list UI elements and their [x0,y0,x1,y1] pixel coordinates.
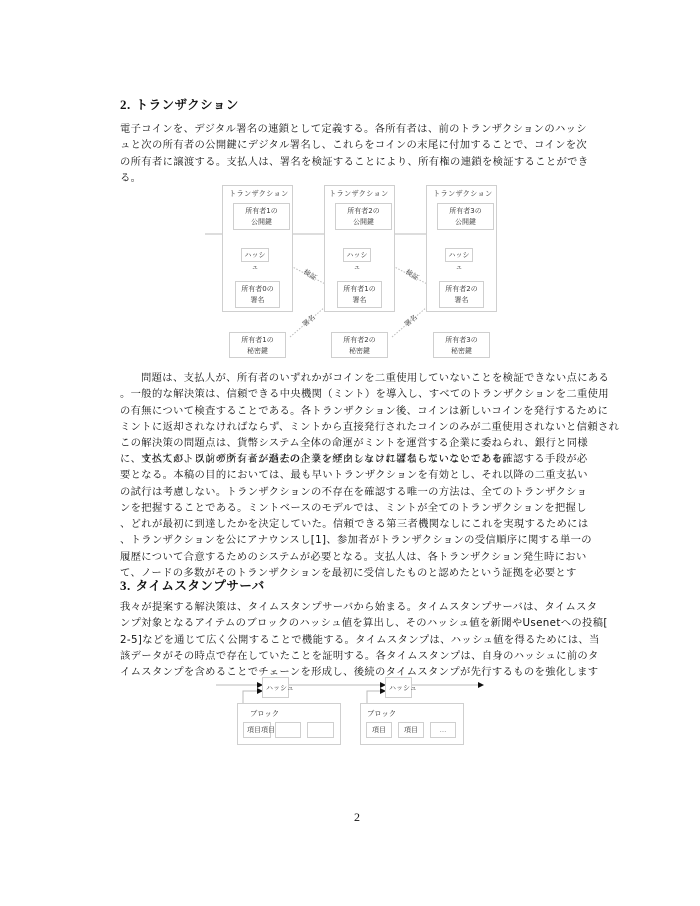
paper-page: 2. トランザクション 電子コインを、デジタル署名の連鎖として定義する。各所有者… [0,0,700,906]
block-item: 項目 [366,722,392,738]
block-item: 項目項目 ... [243,722,271,738]
page-number: 2 [354,810,360,825]
hash-box: ハッシュ [385,677,412,698]
block-item [275,722,301,738]
block-item: 項目 [398,722,424,738]
block-label: ブロック [250,709,279,719]
block-label: ブロック [367,709,396,719]
timestamp-chain-diagram: ハッシュ ブロック 項目項目 ... ハッシュ ブロック 項目 項目 ... [0,0,700,906]
diagram-connectors [0,0,700,906]
block-item: ... [430,722,456,738]
hash-box: ハッシュ [262,677,289,698]
block-item [307,722,334,738]
